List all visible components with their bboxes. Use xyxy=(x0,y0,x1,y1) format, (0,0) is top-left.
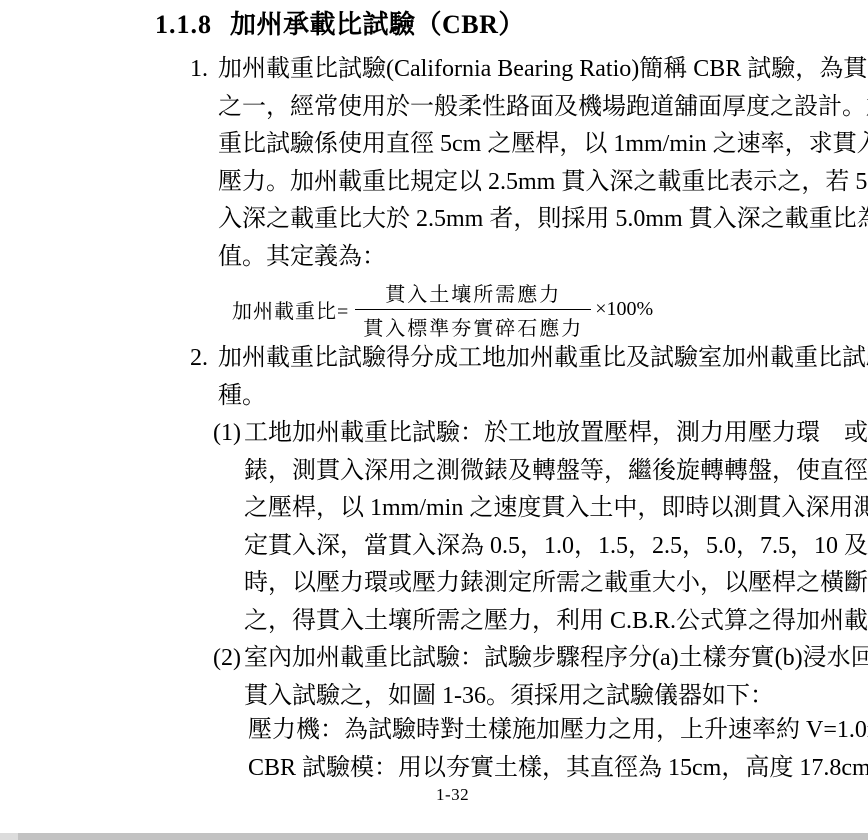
text-line: 時，以壓力環或壓力錶測定所需之載重大小，以壓桿之橫斷面積除 xyxy=(213,565,868,603)
text-line: 定貫入深，當貫入深為 0.5，1.0，1.5，2.5，5.0，7.5，10 及 … xyxy=(213,528,868,566)
text-line: 1.加州載重比試驗(California Bearing Ratio)簡稱 CB… xyxy=(190,51,868,89)
formula-suffix: ×100% xyxy=(595,298,653,321)
formula-fraction: 貫入土壤所需應力 貫入標準夯實碎石應力 xyxy=(355,278,591,341)
cbr-formula: 加州載重比= 貫入土壤所需應力 貫入標準夯實碎石應力 ×100% xyxy=(232,278,653,341)
list-marker: (2) xyxy=(213,640,244,678)
text-line: 重比試驗係使用直徑 5cm 之壓桿，以 1mm/min 之速率，求貫入土壤所 xyxy=(190,126,868,164)
text-line: 值。其定義為： xyxy=(190,239,868,277)
paragraph-sub-1: (1)工地加州載重比試驗：於工地放置壓桿，測力用壓力環 或壓力 錶，測貫入深用之… xyxy=(213,415,868,640)
text-line: 錶，測貫入深用之測微錶及轉盤等，繼後旋轉轉盤，使直徑 5cm xyxy=(213,453,868,491)
list-marker: 2. xyxy=(190,340,218,378)
text-line-content: 加州載重比試驗(California Bearing Ratio)簡稱 CBR … xyxy=(218,56,868,82)
list-marker: 1. xyxy=(190,51,218,89)
text-line: (2)室內加州載重比試驗：試驗步驟程序分(a)土樣夯實(b)浸水回脹(b) xyxy=(213,640,868,678)
document-page: 1.1.8加州承載比試驗（CBR） 1.加州載重比試驗(California B… xyxy=(0,0,868,840)
text-line-content: 加州載重比試驗得分成工地加州載重比及試驗室加州載重比試驗兩 xyxy=(218,345,868,371)
formula-denominator: 貫入標準夯實碎石應力 xyxy=(355,310,591,341)
text-line: 2.加州載重比試驗得分成工地加州載重比及試驗室加州載重比試驗兩 xyxy=(190,340,868,378)
horizontal-scrollbar[interactable] xyxy=(0,833,868,840)
page-number: 1-32 xyxy=(436,785,469,805)
text-line: 之，得貫入土壤所需之壓力，利用 C.B.R.公式算之得加州載重比。 xyxy=(213,603,868,641)
text-line: 之壓桿，以 1mm/min 之速度貫入土中，即時以測貫入深用測微錶測 xyxy=(213,490,868,528)
text-line: 入深之載重比大於 2.5mm 者，則採用 5.0mm 貫入深之載重比為 CBR. xyxy=(190,201,868,239)
equipment-line-mold: CBR 試驗模：用以夯實土樣，其直徑為 15cm，高度 17.8cm，另附 xyxy=(248,750,868,788)
section-title: 加州承載比試驗（CBR） xyxy=(230,10,525,39)
formula-lhs: 加州載重比= xyxy=(232,295,349,324)
text-line: 種。 xyxy=(190,378,868,416)
text-line: 貫入試驗之，如圖 1-36。須採用之試驗儀器如下： xyxy=(213,678,868,716)
equipment-line-press: 壓力機：為試驗時對土樣施加壓力之用，上升速率約 V=1.0mm/min。 xyxy=(248,712,868,750)
text-line-content: 室內加州載重比試驗：試驗步驟程序分(a)土樣夯實(b)浸水回脹(b) xyxy=(244,645,868,671)
text-line: 壓力。加州載重比規定以 2.5mm 貫入深之載重比表示之，若 5.0mm 貫 xyxy=(190,164,868,202)
text-line: 之一，經常使用於一般柔性路面及機場跑道舖面厚度之設計。加州載 xyxy=(190,89,868,127)
paragraph-sub-2: (2)室內加州載重比試驗：試驗步驟程序分(a)土樣夯實(b)浸水回脹(b) 貫入… xyxy=(213,640,868,715)
text-line: (1)工地加州載重比試驗：於工地放置壓桿，測力用壓力環 或壓力 xyxy=(213,415,868,453)
section-heading: 1.1.8加州承載比試驗（CBR） xyxy=(155,4,525,41)
paragraph-item-1: 1.加州載重比試驗(California Bearing Ratio)簡稱 CB… xyxy=(190,51,868,276)
scrollbar-thumb[interactable] xyxy=(18,833,868,840)
section-number: 1.1.8 xyxy=(155,10,212,39)
formula-numerator: 貫入土壤所需應力 xyxy=(355,278,591,310)
paragraph-item-2: 2.加州載重比試驗得分成工地加州載重比及試驗室加州載重比試驗兩 種。 xyxy=(190,340,868,415)
text-line-content: 工地加州載重比試驗：於工地放置壓桿，測力用壓力環 或壓力 xyxy=(244,420,868,446)
list-marker: (1) xyxy=(213,415,244,453)
